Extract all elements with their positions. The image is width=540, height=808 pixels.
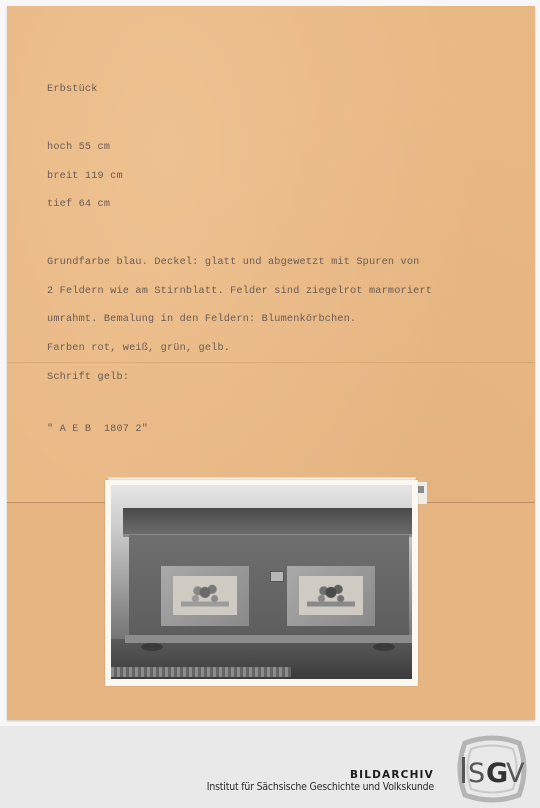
svg-text:G: G (486, 758, 508, 789)
svg-text:S: S (468, 758, 485, 789)
dimension-depth: tief 64 cm (47, 200, 432, 210)
scan-area: Erbstück hoch 55 cm breit 119 cm tief 64… (0, 0, 540, 726)
chest-photograph (105, 480, 418, 686)
chest-foot (373, 643, 395, 651)
photo-rug (111, 667, 291, 677)
inscription: " A E B 1807 2" (47, 425, 432, 435)
description-line: 2 Feldern wie am Stirnblatt. Felder sind… (47, 287, 432, 297)
isgv-logo-icon: S G V (455, 735, 529, 803)
chest-panel-left (161, 566, 249, 626)
archive-label: BILDARCHIV (350, 769, 434, 781)
svg-text:V: V (506, 758, 525, 789)
photo-image (111, 485, 412, 679)
typed-text: Erbstück hoch 55 cm breit 119 cm tief 64… (47, 66, 432, 454)
chest-base (125, 635, 412, 643)
institute-name: Institut für Sächsische Geschichte und V… (207, 782, 434, 793)
chest-lid (123, 508, 412, 537)
description-line: Schrift gelb: (47, 373, 432, 383)
chest-lock (270, 571, 284, 582)
flower-basket-painting (307, 580, 355, 611)
object-title: Erbstück (47, 85, 432, 95)
description-line: Grundfarbe blau. Deckel: glatt und abgew… (47, 258, 432, 268)
description-line: Farben rot, weiß, grün, gelb. (47, 344, 432, 354)
flower-basket-painting (181, 580, 229, 611)
description-line: umrahmt. Bemalung in den Feldern: Blumen… (47, 315, 432, 325)
chest-body (129, 535, 409, 641)
dimension-width: breit 119 cm (47, 172, 432, 182)
chest-panel-right (287, 566, 375, 626)
archive-footer: BILDARCHIV Institut für Sächsische Gesch… (0, 726, 540, 808)
dimension-height: hoch 55 cm (47, 143, 432, 153)
chest-foot (141, 643, 163, 651)
